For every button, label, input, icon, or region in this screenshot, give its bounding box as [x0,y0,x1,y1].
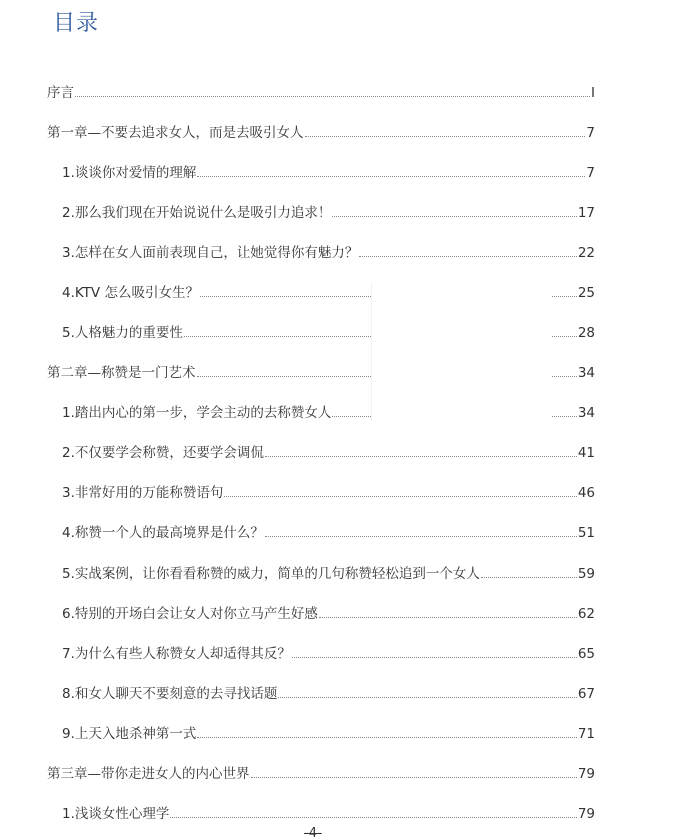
toc-entry-label: 第一章—不要去追求女人，而是去吸引女人 [47,123,304,143]
toc-entry-page: 22 [578,243,595,263]
toc-entry-section[interactable]: 9.上天入地杀神第一式 71 [62,724,595,744]
toc-entry-label: 4.称赞一个人的最高境界是什么？ [62,523,264,543]
toc-entry-section[interactable]: 1.浅谈女性心理学 79 [62,804,595,824]
toc-entry-label: 2.那么我们现在开始说说什么是吸引力追求！ [62,203,331,223]
toc-entry-label: 第二章—称赞是一门艺术 [47,363,196,383]
dot-leader [332,216,576,217]
toc-entry-label: 1.谈谈你对爱情的理解 [62,163,196,183]
dot-leader [197,737,576,738]
dot-leader [75,96,590,97]
dot-leader [197,176,585,177]
dot-leader [170,817,576,818]
dot-leader [481,577,577,578]
toc-entry-section[interactable]: 7.为什么有些人称赞女人却适得其反？ 65 [62,644,595,664]
toc-entry-page: 25 [578,283,595,303]
dot-leader [265,456,577,457]
toc-entry-page: 34 [578,363,595,383]
toc-entry-label: 3.非常好用的万能称赞语句 [62,483,223,503]
toc-entry-section[interactable]: 8.和女人聊天不要刻意的去寻找话题 67 [62,684,595,704]
toc-entry-preface[interactable]: 序言 I [47,83,595,103]
toc-entry-page: 71 [578,724,595,744]
toc-entry-label: 5.人格魅力的重要性 [62,323,183,343]
dot-leader [305,136,586,137]
toc-entry-section[interactable]: 1.谈谈你对爱情的理解 7 [62,163,595,183]
dot-leader [278,697,576,698]
toc-entry-section[interactable]: 2.不仅要学会称赞，还要学会调侃 41 [62,443,595,463]
dot-leader [265,536,577,537]
toc-entry-label: 4.KTV 怎么吸引女生？ [62,283,199,303]
toc-entry-chapter-3[interactable]: 第三章—带你走进女人的内心世界 79 [47,764,595,784]
toc-entry-page: 51 [578,523,595,543]
toc-entry-page: I [591,83,595,103]
toc-entry-page: 41 [578,443,595,463]
toc-entry-page: 59 [578,564,595,584]
dot-leader [292,657,577,658]
toc-entry-page: 7 [586,163,595,183]
toc-entry-label: 1.踏出内心的第一步，学会主动的去称赞女人 [62,403,331,423]
page-number: -4- [304,826,322,840]
toc-entry-page: 79 [578,764,595,784]
toc-entry-section[interactable]: 5.实战案例，让你看看称赞的威力，简单的几句称赞轻松追到一个女人 59 [62,564,595,584]
toc-entry-page: 79 [578,804,595,824]
toc-entry-section[interactable]: 3.非常好用的万能称赞语句 46 [62,483,595,503]
toc-entry-page: 46 [578,483,595,503]
dot-leader [224,496,576,497]
toc-entry-label: 3.怎样在女人面前表现自己，让她觉得你有魅力？ [62,243,358,263]
toc-entry-label: 2.不仅要学会称赞，还要学会调侃 [62,443,264,463]
toc-entry-page: 28 [578,323,595,343]
toc-entry-section[interactable]: 3.怎样在女人面前表现自己，让她觉得你有魅力？ 22 [62,243,595,263]
toc-title: 目录 [53,6,99,37]
toc-entry-label: 9.上天入地杀神第一式 [62,724,196,744]
toc-entry-chapter-1[interactable]: 第一章—不要去追求女人，而是去吸引女人 7 [47,123,595,143]
blank-gap-region [371,283,552,421]
toc-entry-page: 17 [578,203,595,223]
toc-entry-page: 7 [586,123,595,143]
toc-entry-label: 8.和女人聊天不要刻意的去寻找话题 [62,684,277,704]
dot-leader [251,777,577,778]
toc-entry-page: 62 [578,604,595,624]
dot-leader [319,617,577,618]
toc-entry-label: 5.实战案例，让你看看称赞的威力，简单的几句称赞轻松追到一个女人 [62,564,480,584]
toc-entry-label: 第三章—带你走进女人的内心世界 [47,764,250,784]
toc-entry-page: 65 [578,644,595,664]
toc-entry-label: 7.为什么有些人称赞女人却适得其反？ [62,644,291,664]
toc-entry-page: 34 [578,403,595,423]
toc-entry-section[interactable]: 4.称赞一个人的最高境界是什么？ 51 [62,523,595,543]
toc-entry-label: 6.特别的开场白会让女人对你立马产生好感 [62,604,318,624]
toc-entry-section[interactable]: 2.那么我们现在开始说说什么是吸引力追求！ 17 [62,203,595,223]
toc-entry-section[interactable]: 6.特别的开场白会让女人对你立马产生好感 62 [62,604,595,624]
dot-leader [359,256,576,257]
toc-entry-label: 序言 [47,83,74,103]
toc-entry-label: 1.浅谈女性心理学 [62,804,169,824]
toc-entry-page: 67 [578,684,595,704]
